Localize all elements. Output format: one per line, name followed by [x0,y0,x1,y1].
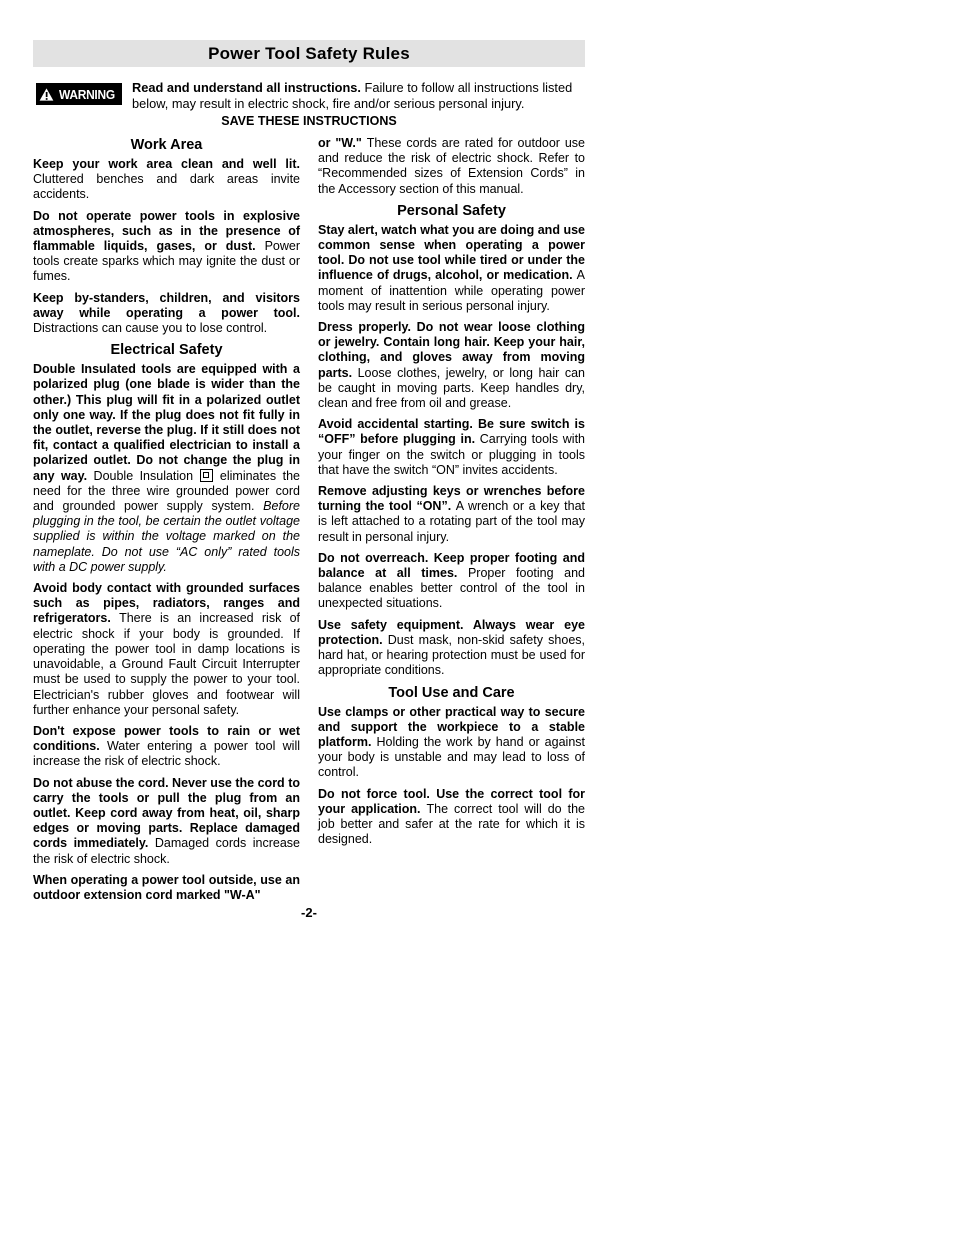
paragraph: Avoid body contact with grounded surface… [33,581,300,718]
warning-badge-label: WARNING [59,87,115,102]
text-segment: There is an increased risk of electric s… [33,611,300,716]
double-insulation-icon [200,469,213,482]
page-title-bar: Power Tool Safety Rules [33,40,585,67]
text-segment: Double Insulated tools are equipped with… [33,362,300,482]
section-heading: Personal Safety [318,203,585,220]
text-segment: Keep by-standers, children, and visitors… [33,291,300,320]
save-instructions-line: SAVE THESE INSTRUCTIONS [33,114,585,128]
paragraph: Use safety equipment. Always wear eye pr… [318,618,585,679]
text-segment: Keep your work area clean and well lit. [33,157,300,171]
warning-triangle-icon [39,88,54,101]
paragraph: Keep by-standers, children, and visitors… [33,291,300,337]
paragraph: When operating a power tool outside, use… [33,873,300,903]
page-title: Power Tool Safety Rules [208,44,410,64]
text-segment: Cluttered benches and dark areas invite … [33,172,300,201]
paragraph: or "W." These cords are rated for outdoo… [318,136,585,197]
text-segment: or "W." [318,136,367,150]
paragraph: Use clamps or other practical way to sec… [318,705,585,781]
text-segment: When operating a power tool outside, use… [33,873,300,902]
page-number: -2- [33,905,585,920]
paragraph: Avoid accidental starting. Be sure switc… [318,417,585,478]
section-heading: Work Area [33,137,300,154]
paragraph: Keep your work area clean and well lit. … [33,157,300,203]
paragraph: Dress properly. Do not wear loose clothi… [318,320,585,411]
paragraph: Don't expose power tools to rain or wet … [33,724,300,770]
warning-lead-text: Read and understand all instructions. [132,80,361,95]
paragraph: Do not overreach. Keep proper footing an… [318,551,585,612]
paragraph: Do not operate power tools in explosive … [33,209,300,285]
text-segment: Distractions can cause you to lose contr… [33,321,267,335]
warning-badge: WARNING [36,83,122,105]
left-column: Work AreaKeep your work area clean and w… [33,136,300,909]
warning-banner: WARNING Read and understand all instruct… [36,80,585,112]
paragraph: Remove adjusting keys or wrenches before… [318,484,585,545]
warning-text: Read and understand all instructions. Fa… [132,80,585,112]
text-segment: Stay alert, watch what you are doing and… [318,223,585,283]
paragraph: Double Insulated tools are equipped with… [33,362,300,575]
paragraph: Stay alert, watch what you are doing and… [318,223,585,314]
text-segment: Double Insulation [94,469,200,483]
right-column: or "W." These cords are rated for outdoo… [318,136,585,853]
section-heading: Tool Use and Care [318,685,585,702]
paragraph: Do not force tool. Use the correct tool … [318,787,585,848]
manual-page: Power Tool Safety Rules WARNING Read and… [0,0,954,1235]
section-heading: Electrical Safety [33,342,300,359]
text-segment: Do not operate power tools in explosive … [33,209,300,253]
text-segment: Loose clothes, jewelry, or long hair can… [318,366,585,410]
paragraph: Do not abuse the cord. Never use the cor… [33,776,300,867]
